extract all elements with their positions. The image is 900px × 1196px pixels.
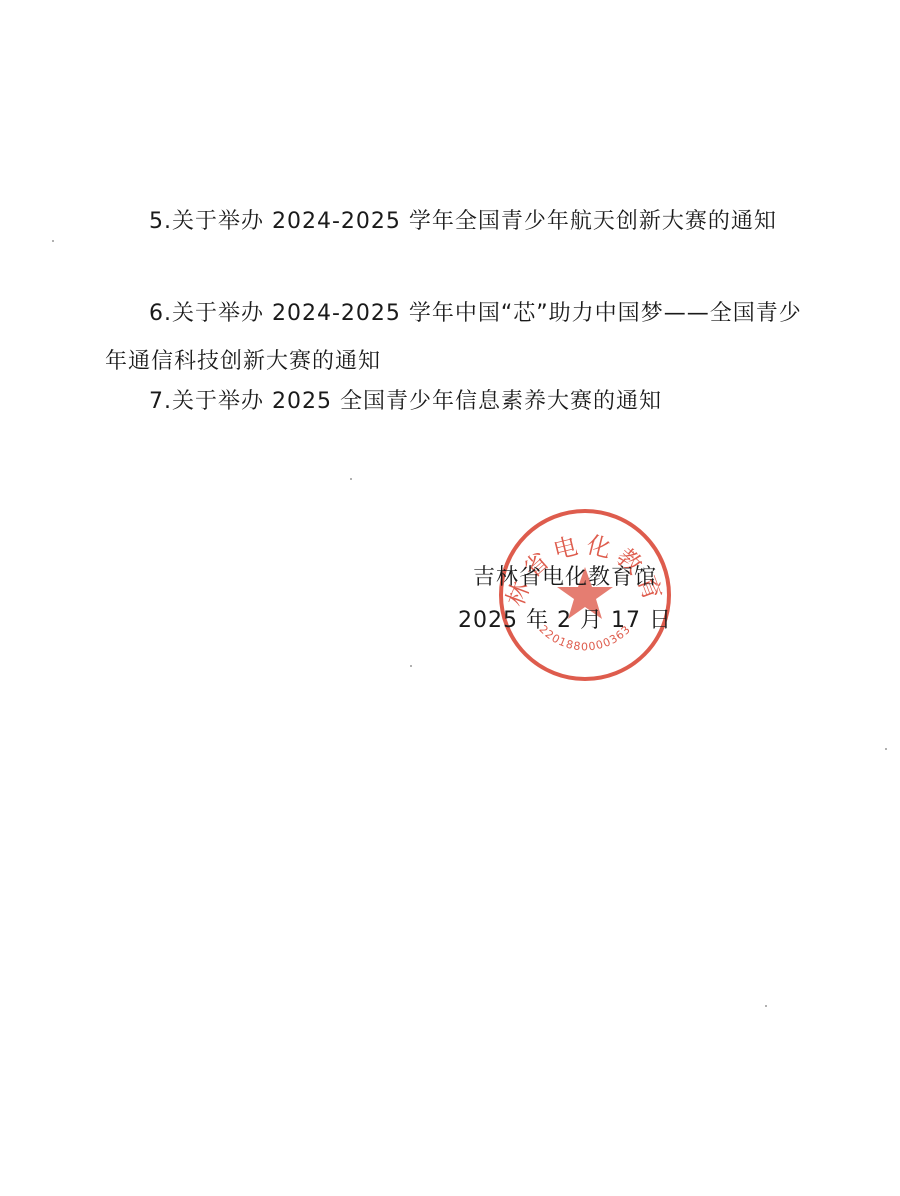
scan-speck	[350, 478, 352, 480]
issuing-organization: 吉林省电化教育馆	[440, 560, 690, 591]
list-item-5: 5.关于举办 2024-2025 学年全国青少年航天创新大赛的通知	[105, 198, 805, 246]
scan-speck	[885, 748, 887, 750]
seal-icon: 吉林省电化教育馆 2201880000363	[495, 505, 675, 685]
list-item-6: 6.关于举办 2024-2025 学年中国“芯”助力中国梦——全国青少年通信科技…	[105, 290, 805, 386]
scan-speck	[765, 1005, 767, 1007]
scan-speck	[410, 665, 412, 667]
scan-speck	[52, 240, 54, 242]
list-item-7: 7.关于举办 2025 全国青少年信息素养大赛的通知	[105, 378, 805, 426]
issue-date: 2025 年 2 月 17 日	[440, 603, 690, 634]
official-seal-stamp: 吉林省电化教育馆 2201880000363	[495, 505, 675, 685]
